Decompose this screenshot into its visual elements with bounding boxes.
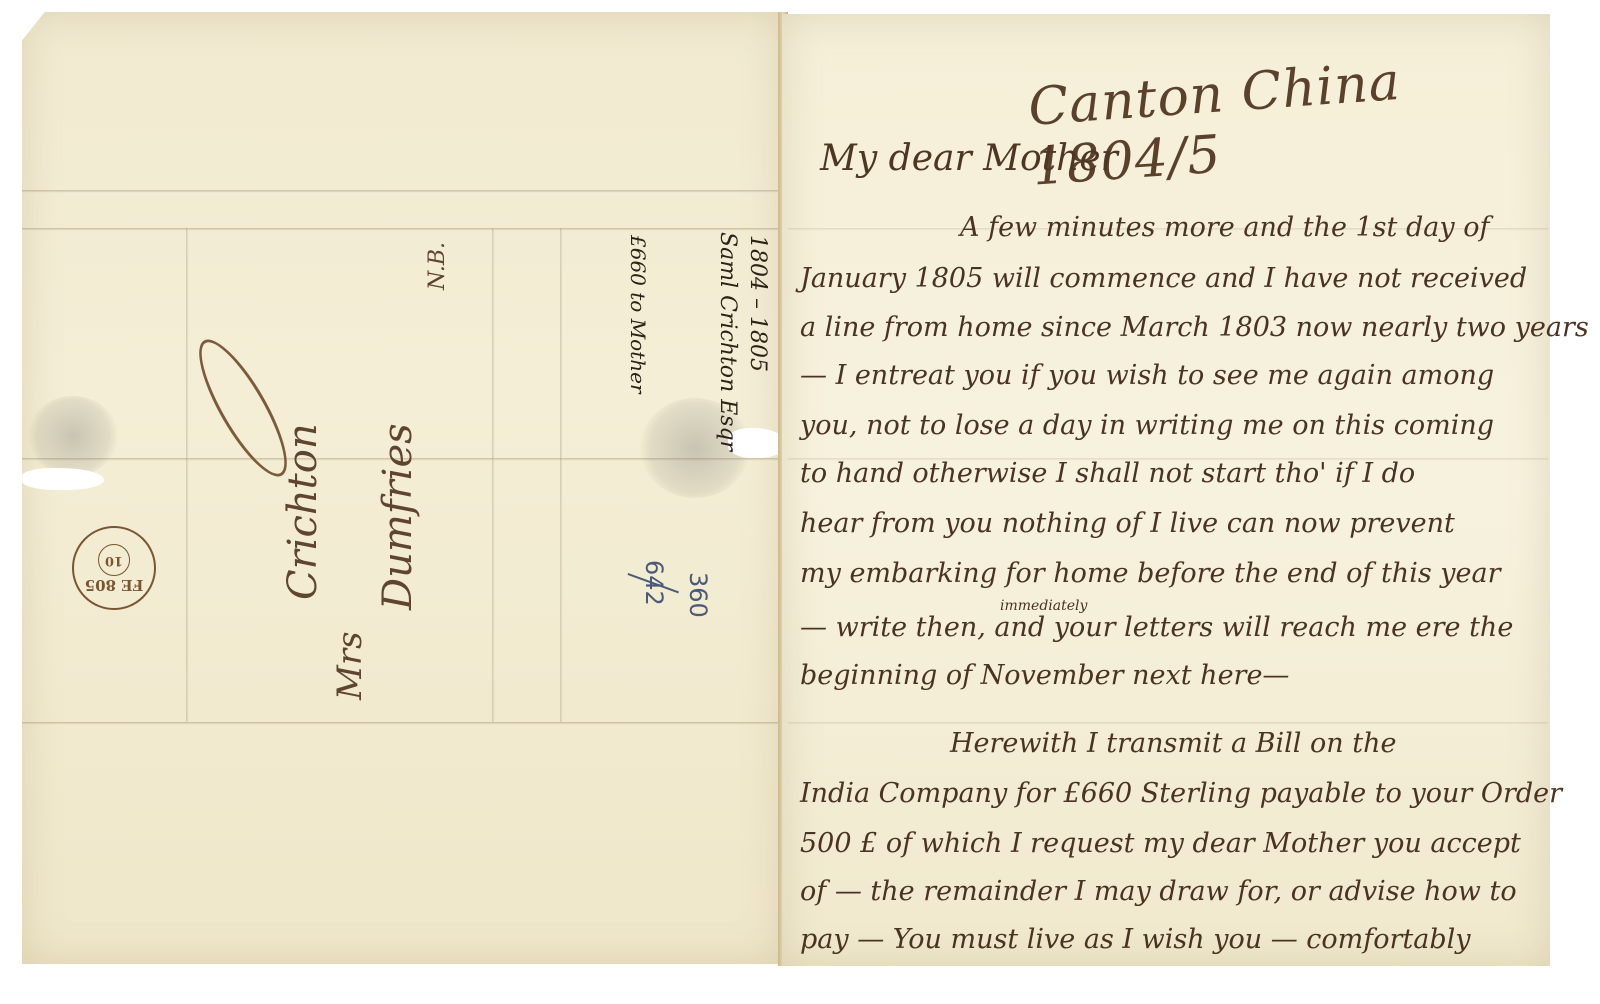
letter-line-5: you, not to lose a day in writing me on …	[800, 410, 1494, 441]
letter-line-11: Herewith I transmit a Bill on the	[950, 728, 1396, 759]
paper-tear	[22, 468, 104, 490]
letter-scan: FE 805 10 Mrs Crichton Dumfries N.B. 180…	[0, 0, 1600, 1004]
fold-line	[22, 722, 780, 725]
fold-line	[492, 228, 495, 722]
address-line-town: Dumfries	[375, 423, 421, 610]
letter-line-4: — I entreat you if you wish to see me ag…	[800, 360, 1494, 391]
letter-line-2: January 1805 will commence and I have no…	[800, 263, 1527, 294]
postmark-stamp: FE 805 10	[72, 526, 156, 610]
address-line-name: Crichton	[280, 423, 326, 600]
letter-salutation: My dear Mother	[820, 138, 1118, 179]
docket-sender: Saml Crichton Esqr	[715, 232, 740, 451]
letter-line-12: India Company for £660 Sterling payable …	[800, 778, 1562, 809]
fold-line	[22, 228, 780, 231]
fold-line	[560, 228, 563, 722]
letter-line-8: my embarking for home before the end of …	[800, 558, 1501, 589]
letter-line-13: 500 £ of which I request my dear Mother …	[800, 828, 1521, 859]
docket-years: 1804 – 1805	[745, 235, 770, 372]
archive-number: 360	[684, 572, 712, 618]
letter-body: Canton China 1804/5 My dear Mother A few…	[800, 20, 1540, 960]
address-line-mrs: Mrs	[330, 631, 370, 700]
letter-line-6: to hand otherwise I shall not start tho'…	[800, 458, 1415, 489]
letter-line-15: pay — You must live as I wish you — comf…	[800, 924, 1471, 955]
fold-line	[22, 190, 780, 193]
docket-amount: £660 to Mother	[626, 235, 650, 394]
archive-number-struck: 642	[640, 560, 668, 606]
letter-line-7: hear from you nothing of I live can now …	[800, 508, 1455, 539]
letter-line-10: beginning of November next here—	[800, 660, 1289, 691]
letter-line-3: a line from home since March 1803 now ne…	[800, 312, 1589, 343]
postmark-day: 10	[98, 544, 130, 576]
letter-line-1: A few minutes more and the 1st day of	[960, 212, 1489, 243]
letter-line-9: — write then, and your letters will reac…	[800, 612, 1513, 643]
postmark-date: FE 805	[85, 576, 144, 592]
wax-seal-stain	[28, 396, 118, 476]
address-line-country: N.B.	[425, 242, 450, 290]
fold-line	[186, 228, 189, 722]
letter-line-14: of — the remainder I may draw for, or ad…	[800, 876, 1517, 907]
